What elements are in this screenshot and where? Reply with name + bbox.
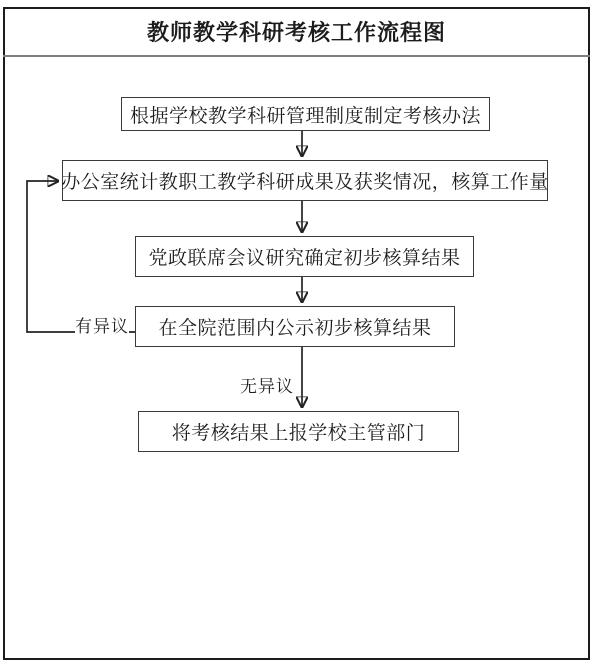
title-bar: 教师教学科研考核工作流程图 xyxy=(3,7,590,57)
flow-step-publicize-preliminary-result: 在全院范围内公示初步核算结果 xyxy=(135,306,455,347)
edge-label-no-objection: 无异议 xyxy=(240,372,294,397)
edge-label-objection: 有异议 xyxy=(75,312,129,337)
page-title: 教师教学科研考核工作流程图 xyxy=(147,16,446,47)
flow-step-define-assessment-method: 根据学校教学科研管理制度制定考核办法 xyxy=(121,97,490,131)
flow-step-joint-meeting-preliminary-result: 党政联席会议研究确定初步核算结果 xyxy=(135,236,474,277)
flowchart-page: 教师教学科研考核工作流程图 根据学校教学科研管理制度制定考核办法 办公室统计教职… xyxy=(0,0,600,670)
flow-step-office-statistics-workload: 办公室统计教职工教学科研成果及获奖情况，核算工作量 xyxy=(62,160,548,201)
flow-step-report-to-school-department: 将考核结果上报学校主管部门 xyxy=(138,411,459,452)
